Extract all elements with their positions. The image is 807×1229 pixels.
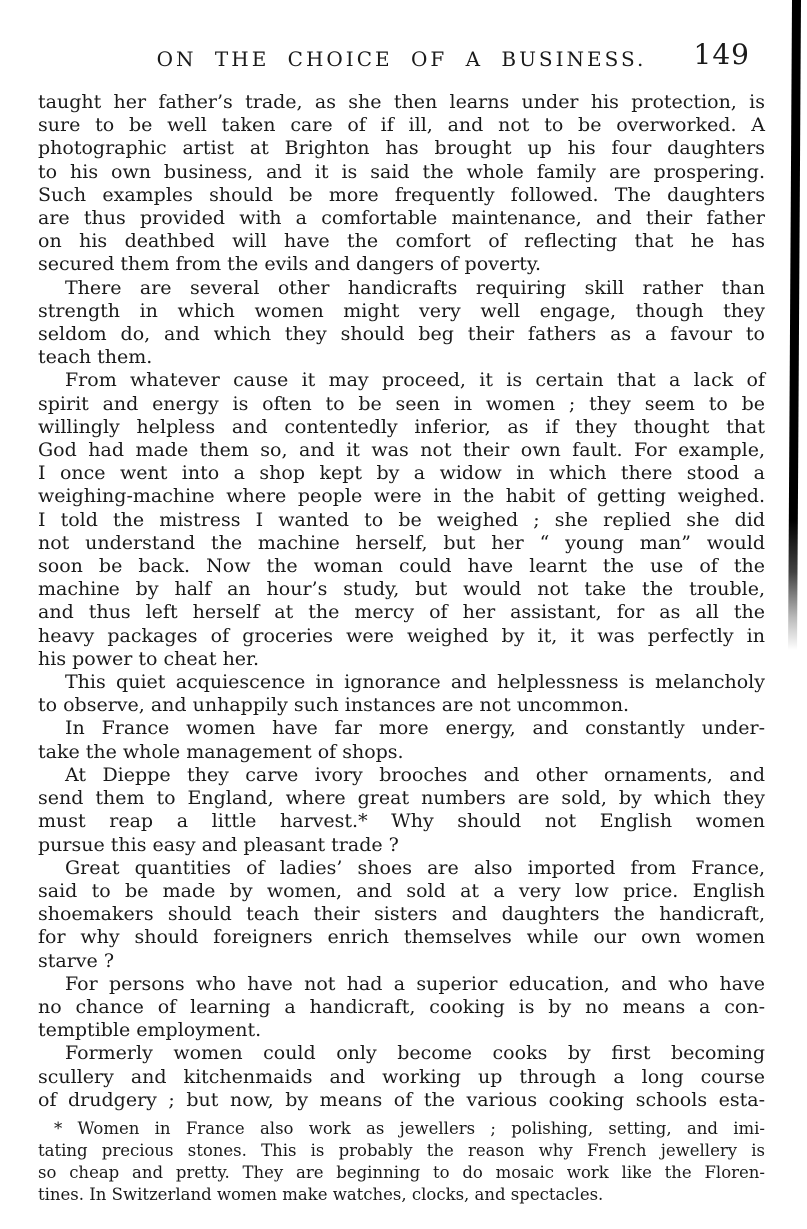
text-line: to observe, and unhappily such instances…	[38, 694, 765, 717]
text-line: shoemakers should teach their sisters an…	[38, 903, 765, 926]
text-line: no chance of learning a handicraft, cook…	[38, 996, 765, 1019]
text-line: scullery and kitchenmaids and working up…	[38, 1066, 765, 1089]
text-line: send them to England, where great number…	[38, 787, 765, 810]
text-line: At Dieppe they carve ivory brooches and …	[38, 764, 765, 787]
text-line: to his own business, and it is said the …	[38, 161, 765, 184]
footnote-line: * Women in France also work as jewellers…	[38, 1118, 765, 1140]
scan-gutter-bar	[788, 0, 801, 650]
text-line: take the whole management of shops.	[38, 741, 765, 764]
text-line: In France women have far more energy, an…	[38, 717, 765, 740]
text-line: not understand the machine herself, but …	[38, 532, 765, 555]
text-line: There are several other handicrafts requ…	[38, 277, 765, 300]
text-line: Great quantities of ladies’ shoes are al…	[38, 857, 765, 880]
text-line: and thus left herself at the mercy of he…	[38, 601, 765, 624]
page-number: 149	[694, 38, 750, 71]
text-line: For persons who have not had a superior …	[38, 973, 765, 996]
text-line: teach them.	[38, 346, 765, 369]
scanned-book-page: ON THE CHOICE OF A BUSINESS. 149 taught …	[0, 0, 807, 1229]
text-line: God had made them so, and it was not the…	[38, 439, 765, 462]
text-line: weighing-machine where people were in th…	[38, 485, 765, 508]
text-line: seldom do, and which they should beg the…	[38, 323, 765, 346]
text-line: are thus provided with a comfortable mai…	[38, 207, 765, 230]
text-line: temptible employment.	[38, 1019, 765, 1042]
text-line: taught her father’s trade, as she then l…	[38, 91, 765, 114]
text-line: pursue this easy and pleasant trade ?	[38, 834, 765, 857]
text-line: for why should foreigners enrich themsel…	[38, 926, 765, 949]
text-line: soon be back. Now the woman could have l…	[38, 555, 765, 578]
body-text: taught her father’s trade, as she then l…	[38, 91, 765, 1112]
text-line: on his deathbed will have the comfort of…	[38, 230, 765, 253]
footnote-line: tines. In Switzerland women make watches…	[38, 1184, 765, 1206]
text-line: Such examples should be more frequently …	[38, 184, 765, 207]
text-line: Formerly women could only become cooks b…	[38, 1042, 765, 1065]
text-line: From whatever cause it may proceed, it i…	[38, 369, 765, 392]
text-line: spirit and energy is often to be seen in…	[38, 393, 765, 416]
text-line: secured them from the evils and dangers …	[38, 253, 765, 276]
text-line: photographic artist at Brighton has brou…	[38, 137, 765, 160]
footnote-line: so cheap and pretty. They are beginning …	[38, 1162, 765, 1184]
text-line: strength in which women might very well …	[38, 300, 765, 323]
text-line: sure to be well taken care of if ill, an…	[38, 114, 765, 137]
text-line: heavy packages of groceries were weighed…	[38, 625, 765, 648]
text-line: starve ?	[38, 950, 765, 973]
page-header: ON THE CHOICE OF A BUSINESS. 149	[38, 38, 765, 78]
text-line: of drudgery ; but now, by means of the v…	[38, 1089, 765, 1112]
text-line: This quiet acquiescence in ignorance and…	[38, 671, 765, 694]
text-line: machine by half an hour’s study, but wou…	[38, 578, 765, 601]
text-line: willingly helpless and contentedly infer…	[38, 416, 765, 439]
footnote-line: tating precious stones. This is probably…	[38, 1140, 765, 1162]
footnote: * Women in France also work as jewellers…	[38, 1118, 765, 1206]
text-line: I once went into a shop kept by a widow …	[38, 462, 765, 485]
text-line: his power to cheat her.	[38, 648, 765, 671]
text-line: must reap a little harvest.* Why should …	[38, 810, 765, 833]
text-line: I told the mistress I wanted to be weigh…	[38, 509, 765, 532]
text-line: said to be made by women, and sold at a …	[38, 880, 765, 903]
running-title: ON THE CHOICE OF A BUSINESS.	[38, 47, 765, 71]
